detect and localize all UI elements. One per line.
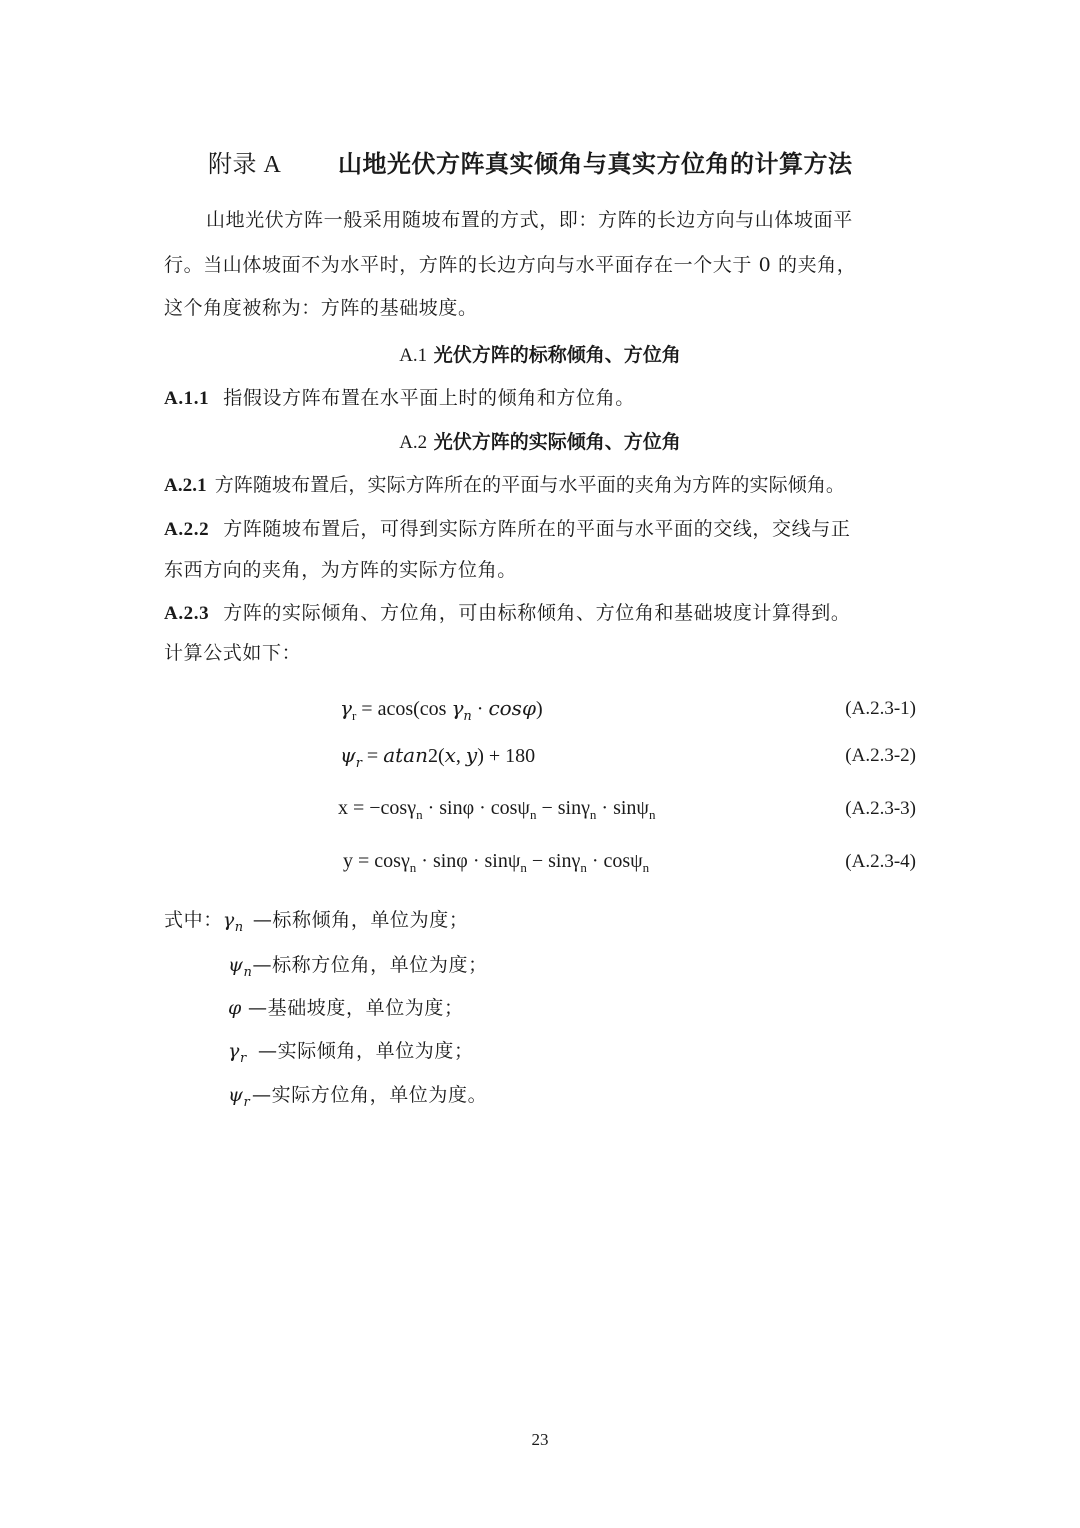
- formula-3: x = −cosγn · sinφ · cosψn − sinγn · sinψ…: [338, 797, 655, 823]
- clause-a2-1: A.2.1方阵随坡布置后，实际方阵所在的平面与水平面的夹角为方阵的实际倾角。: [164, 470, 845, 497]
- intro-line-2: 行。当山体坡面不为水平时，方阵的长边方向与水平面存在一个大于 0 的夹角，: [164, 250, 856, 277]
- clause-text: 指假设方阵布置在水平面上时的倾角和方位角。: [223, 387, 635, 409]
- clause-number: A.2.1: [164, 475, 207, 497]
- clause-a2-2-cont: 东西方向的夹角，为方阵的实际方位角。: [164, 555, 517, 582]
- clause-text: 方阵随坡布置后，实际方阵所在的平面与水平面的夹角为方阵的实际倾角。: [215, 474, 845, 496]
- formula-4-number: (A.2.3-4): [845, 851, 916, 873]
- clause-a1-1: A.1.1指假设方阵布置在水平面上时的倾角和方位角。: [164, 383, 635, 410]
- intro-line-3: 这个角度被称为：方阵的基础坡度。: [164, 293, 478, 320]
- intro-line-1: 山地光伏方阵一般采用随坡布置的方式，即：方阵的长边方向与山体坡面平: [206, 205, 853, 232]
- page-number: 23: [0, 1430, 1080, 1450]
- clause-number: A.2.3: [164, 603, 209, 625]
- formula-3-number: (A.2.3-3): [845, 798, 916, 820]
- clause-a2-2: A.2.2方阵随坡布置后，可得到实际方阵所在的平面与水平面的交线，交线与正: [164, 514, 850, 541]
- formula-2-number: (A.2.3-2): [845, 745, 916, 767]
- appendix-label: 附录 A: [208, 144, 338, 179]
- legend-text: —标称倾角，单位为度；: [253, 909, 469, 931]
- clause-a2-3-cont: 计算公式如下：: [164, 638, 301, 665]
- formula-1-number: (A.2.3-1): [845, 698, 916, 720]
- legend-text: —实际倾角，单位为度；: [258, 1040, 474, 1062]
- legend-item-psi-r: ψr—实际方位角，单位为度。: [228, 1080, 487, 1110]
- clause-a2-3: A.2.3方阵的实际倾角、方位角，可由标称倾角、方位角和基础坡度计算得到。: [164, 598, 850, 625]
- legend-symbol: ψr: [228, 1084, 252, 1110]
- clause-number: A.1.1: [164, 388, 209, 410]
- clause-text: 方阵随坡布置后，可得到实际方阵所在的平面与水平面的交线，交线与正: [223, 518, 850, 540]
- section-heading-a2: A.2 光伏方阵的实际倾角、方位角: [0, 427, 1080, 454]
- appendix-title: 附录 A山地光伏方阵真实倾角与真实方位角的计算方法: [208, 144, 853, 179]
- legend-text: —实际方位角，单位为度。: [252, 1084, 487, 1106]
- legend-item-gamma-r: γr—实际倾角，单位为度；: [228, 1036, 474, 1066]
- formula-1: γr = acos(cos γn · cosφ): [340, 696, 543, 724]
- clause-text: 方阵的实际倾角、方位角，可由标称倾角、方位角和基础坡度计算得到。: [223, 602, 850, 624]
- appendix-title-text: 山地光伏方阵真实倾角与真实方位角的计算方法: [338, 150, 853, 178]
- legend-text: —基础坡度，单位为度；: [248, 997, 464, 1019]
- legend-item-gamma-n: 式中：γn—标称倾角，单位为度；: [164, 905, 468, 935]
- formula-4: y = cosγn · sinφ · sinψn − sinγn · cosψn: [343, 850, 649, 876]
- formula-2: ψr = atan2(x, y) + 180: [340, 743, 535, 771]
- clause-number: A.2.2: [164, 519, 209, 541]
- legend-symbol: γr: [228, 1040, 258, 1066]
- legend-item-psi-n: ψn—标称方位角，单位为度；: [228, 950, 488, 980]
- legend-text: —标称方位角，单位为度；: [252, 954, 487, 976]
- legend-item-phi: φ—基础坡度，单位为度；: [228, 993, 464, 1020]
- legend-symbol: φ: [228, 997, 248, 1019]
- section-heading-a1: A.1 光伏方阵的标称倾角、方位角: [0, 340, 1080, 367]
- legend-symbol: γn: [223, 909, 253, 935]
- legend-prefix: 式中：: [164, 909, 223, 931]
- legend-symbol: ψn: [228, 954, 252, 980]
